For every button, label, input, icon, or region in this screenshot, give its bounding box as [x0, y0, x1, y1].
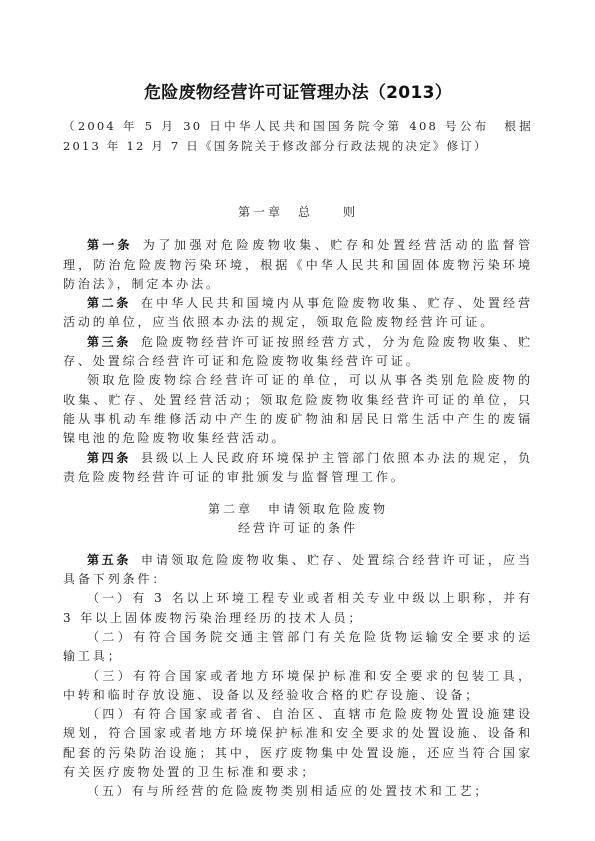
article-number: 第四条 — [87, 451, 131, 465]
chapter-heading-1: 第一章 总 则 — [63, 203, 533, 222]
paragraph: 领取危险废物综合经营许可证的单位，可以从事各类别危险废物的收集、贮存、处置经营活… — [63, 371, 533, 448]
list-item-text: （四）有符合国家或者省、自治区、直辖市危险废物处置设施建设规划，符合国家或者地方… — [63, 707, 533, 779]
list-item: （一）有 3 名以上环境工程专业或者相关专业中级以上职称，并有 3 年以上固体废… — [63, 589, 533, 628]
document-title: 危险废物经营许可证管理办法（2013） — [63, 78, 533, 103]
paragraph: 第一条为了加强对危险废物收集、贮存和处置经营活动的监督管理，防治危险废物污染环境… — [63, 236, 533, 294]
paragraph: 第四条县级以上人民政府环境保护主管部门依照本办法的规定，负责危险废物经营许可证的… — [63, 449, 533, 488]
paragraph-text: 领取危险废物综合经营许可证的单位，可以从事各类别危险废物的收集、贮存、处置经营活… — [63, 373, 533, 445]
document-body: 第一章 总 则 第一条为了加强对危险废物收集、贮存和处置经营活动的监督管理，防治… — [63, 203, 533, 802]
paragraph: 第二条在中华人民共和国境内从事危险废物收集、贮存、处置经营活动的单位，应当依照本… — [63, 294, 533, 333]
chapter-heading-2-line2: 经营许可证的条件 — [63, 519, 533, 538]
list-item: （四）有符合国家或者省、自治区、直辖市危险废物处置设施建设规划，符合国家或者地方… — [63, 705, 533, 782]
article-number: 第五条 — [87, 553, 131, 567]
paragraph: 第三条危险废物经营许可证按照经营方式，分为危险废物收集、贮存、处置综合经营许可证… — [63, 333, 533, 372]
paragraph-text: 为了加强对危险废物收集、贮存和处置经营活动的监督管理，防治危险废物污染环境，根据… — [63, 238, 533, 291]
article-number: 第一条 — [87, 238, 133, 252]
article-number: 第三条 — [87, 335, 131, 349]
paragraph-text: 危险废物经营许可证按照经营方式，分为危险废物收集、贮存、处置综合经营许可证和危险… — [63, 335, 533, 368]
list-item-text: （二）有符合国务院交通主管部门有关危险货物运输安全要求的运输工具； — [63, 630, 533, 663]
list-item-text: （五）有与所经营的危险废物类别相适应的处置技术和工艺； — [87, 784, 489, 798]
paragraph-text: 申请领取危险废物收集、贮存、处置综合经营许可证，应当具备下列条件： — [63, 553, 533, 586]
paragraph-text: 在中华人民共和国境内从事危险废物收集、贮存、处置经营活动的单位，应当依照本办法的… — [63, 296, 533, 329]
article-number: 第二条 — [87, 296, 131, 310]
list-item: （三）有符合国家或者地方环境保护标准和安全要求的包装工具，中转和临时存放设施、设… — [63, 667, 533, 706]
chapter-heading-2: 第二章 申请领取危险废物 经营许可证的条件 — [63, 500, 533, 539]
paragraph-text: 县级以上人民政府环境保护主管部门依照本办法的规定，负责危险废物经营许可证的审批颁… — [63, 451, 533, 484]
paragraph: 第五条申请领取危险废物收集、贮存、处置综合经营许可证，应当具备下列条件： — [63, 551, 533, 590]
list-item-text: （三）有符合国家或者地方环境保护标准和安全要求的包装工具，中转和临时存放设施、设… — [63, 669, 533, 702]
chapter-heading-2-line1: 第二章 申请领取危险废物 — [63, 500, 533, 519]
list-item: （五）有与所经营的危险废物类别相适应的处置技术和工艺； — [63, 782, 533, 801]
document-subtitle: （2004 年 5 月 30 日中华人民共和国国务院令第 408 号公布 根据 … — [63, 117, 533, 156]
list-item: （二）有符合国务院交通主管部门有关危险货物运输安全要求的运输工具； — [63, 628, 533, 667]
list-item-text: （一）有 3 名以上环境工程专业或者相关专业中级以上职称，并有 3 年以上固体废… — [63, 591, 533, 624]
